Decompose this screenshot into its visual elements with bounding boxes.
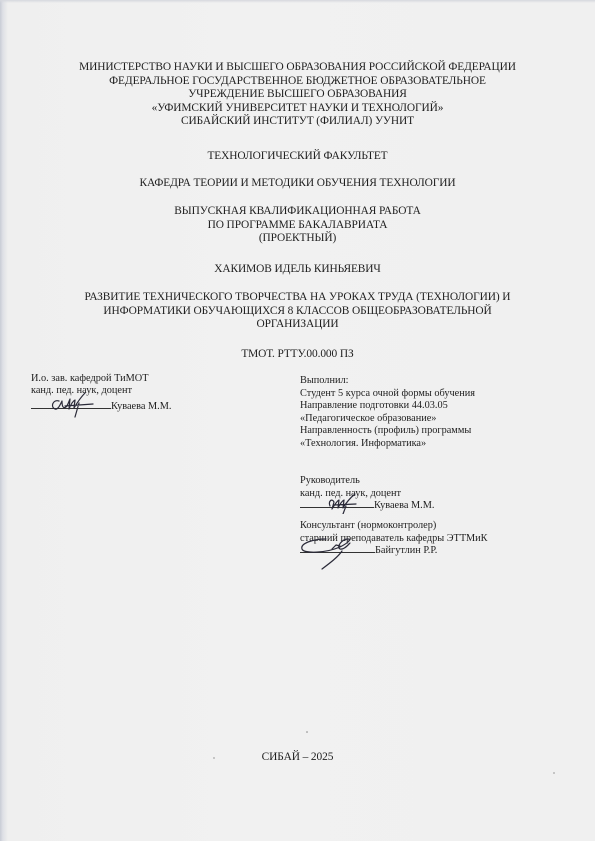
signature-line xyxy=(31,408,111,409)
supervisor-degree: канд. пед. наук, доцент xyxy=(300,488,434,501)
performed-by-line: Направление подготовки 44.03.05 xyxy=(300,400,475,413)
work-type-line: (ПРОЕКТНЫЙ) xyxy=(0,232,595,246)
work-type: ВЫПУСКНАЯ КВАЛИФИКАЦИОННАЯ РАБОТА ПО ПРО… xyxy=(0,205,595,246)
document-code: ТМОТ. РТТУ.00.000 ПЗ xyxy=(0,348,595,362)
performed-by-label: Выполнил: xyxy=(300,375,475,388)
hod-degree: канд. пед. наук, доцент xyxy=(31,385,171,397)
header-line: УЧРЕЖДЕНИЕ ВЫСШЕГО ОБРАЗОВАНИЯ xyxy=(0,88,595,102)
title-page: МИНИСТЕРСТВО НАУКИ И ВЫСШЕГО ОБРАЗОВАНИЯ… xyxy=(0,0,595,841)
header-line: МИНИСТЕРСТВО НАУКИ И ВЫСШЕГО ОБРАЗОВАНИЯ… xyxy=(0,61,595,75)
consultant-name: Байгутлин Р.Р. xyxy=(375,545,437,556)
title-line: ОРГАНИЗАЦИИ xyxy=(0,318,595,332)
head-of-department-block: И.о. зав. кафедрой ТиМОТ канд. пед. наук… xyxy=(31,373,171,415)
work-type-line: ПО ПРОГРАММЕ БАКАЛАВРИАТА xyxy=(0,219,595,233)
scan-speck xyxy=(213,757,215,759)
header-line: «УФИМСКИЙ УНИВЕРСИТЕТ НАУКИ И ТЕХНОЛОГИЙ… xyxy=(0,102,595,116)
scan-speck xyxy=(553,772,555,774)
institution-header: МИНИСТЕРСТВО НАУКИ И ВЫСШЕГО ОБРАЗОВАНИЯ… xyxy=(0,61,595,129)
consultant-signature-row: Байгутлин Р.Р. xyxy=(300,545,488,559)
signature-line xyxy=(300,507,374,508)
performed-by-line: «Технология. Информатика» xyxy=(300,438,475,451)
work-type-line: ВЫПУСКНАЯ КВАЛИФИКАЦИОННАЯ РАБОТА xyxy=(0,205,595,219)
hod-name: Куваева М.М. xyxy=(111,401,171,412)
hod-position: И.о. зав. кафедрой ТиМОТ xyxy=(31,373,171,385)
performed-by-line: Студент 5 курса очной формы обучения xyxy=(300,388,475,401)
title-line: ИНФОРМАТИКИ ОБУЧАЮЩИХСЯ 8 КЛАССОВ ОБЩЕОБ… xyxy=(0,305,595,319)
consultant-label: Консультант (нормоконтролер) xyxy=(300,520,488,533)
signature-line xyxy=(300,552,375,553)
supervisor-name: Куваева М.М. xyxy=(374,500,434,511)
city-year: СИБАЙ – 2025 xyxy=(0,751,595,765)
thesis-title: РАЗВИТИЕ ТЕХНИЧЕСКОГО ТВОРЧЕСТВА НА УРОК… xyxy=(0,291,595,332)
header-line: ФЕДЕРАЛЬНОЕ ГОСУДАРСТВЕННОЕ БЮДЖЕТНОЕ ОБ… xyxy=(0,75,595,89)
consultant-block: Консультант (нормоконтролер) старший пре… xyxy=(300,520,488,559)
faculty: ТЕХНОЛОГИЧЕСКИЙ ФАКУЛЬТЕТ xyxy=(0,150,595,164)
hod-signature-row: Куваева М.М. xyxy=(31,401,171,415)
scan-speck xyxy=(306,731,308,733)
performed-by-block: Выполнил: Студент 5 курса очной формы об… xyxy=(300,375,475,451)
header-line: СИБАЙСКИЙ ИНСТИТУТ (ФИЛИАЛ) УУНИТ xyxy=(0,115,595,129)
department: КАФЕДРА ТЕОРИИ И МЕТОДИКИ ОБУЧЕНИЯ ТЕХНО… xyxy=(0,177,595,191)
author-name: ХАКИМОВ ИДЕЛЬ КИНЬЯЕВИЧ xyxy=(0,263,595,277)
scan-edge-shadow xyxy=(0,0,595,3)
supervisor-signature-row: Куваева М.М. xyxy=(300,500,434,514)
consultant-position: старший преподаватель кафедры ЭТТМиК xyxy=(300,533,488,546)
supervisor-block: Руководитель канд. пед. наук, доцент Кув… xyxy=(300,475,434,514)
title-line: РАЗВИТИЕ ТЕХНИЧЕСКОГО ТВОРЧЕСТВА НА УРОК… xyxy=(0,291,595,305)
performed-by-line: «Педагогическое образование» xyxy=(300,413,475,426)
performed-by-line: Направленность (профиль) программы xyxy=(300,425,475,438)
supervisor-label: Руководитель xyxy=(300,475,434,488)
